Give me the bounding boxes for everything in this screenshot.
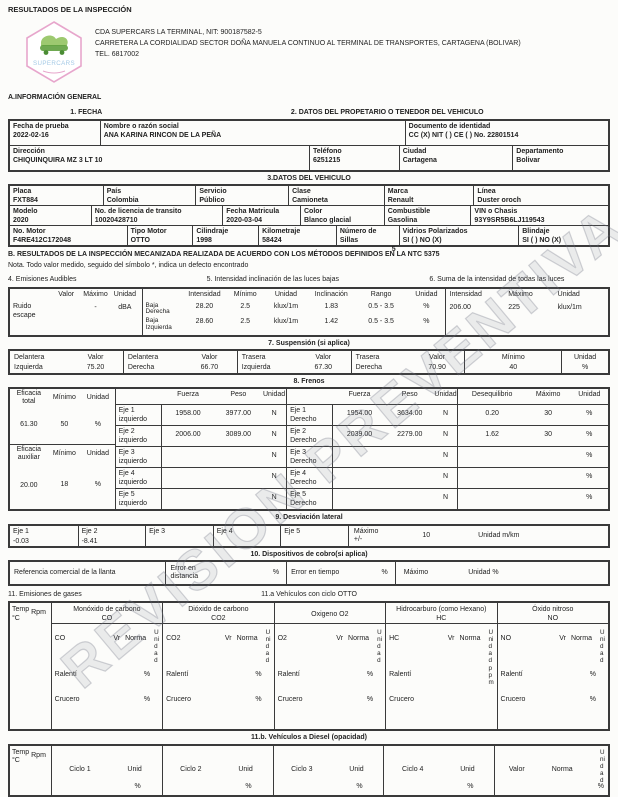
field-value: 2020 [13, 216, 88, 225]
column-header: Rango [354, 291, 408, 303]
vehicle-field: Tipo Motor OTTO [127, 226, 193, 245]
otto-emissions-table: Temp °C Rpm Monóxido de carbono CO CO Vr… [8, 601, 610, 731]
field-label: Departamento [516, 147, 605, 156]
cell-value: 1954.00 [333, 405, 386, 425]
section-10-title: 10. Dispositivos de cobro(si aplica) [8, 551, 610, 559]
field-value: CC (X) NIT ( ) CE ( ) No. 22801514 [409, 131, 605, 140]
suspension-table: Delantera Izquierda Valor 75.20 Delanter… [8, 349, 610, 375]
field-value: 10020428710 [95, 216, 220, 225]
ciclo-label: Ciclo 1 [69, 766, 90, 774]
ralenti-row: Ralentí % [498, 671, 608, 679]
temp-label: Temp °C [12, 606, 29, 729]
unit-value: % [467, 783, 473, 791]
desequilibrio-row: % [458, 446, 608, 467]
suspension-cell: Trasera Derecha Valor 70.90 [351, 351, 465, 373]
position-label: Delantera Izquierda [10, 351, 68, 373]
dispositivos-table: Referencia comercial de la llanta Error … [8, 560, 610, 586]
cell-value: % [571, 489, 608, 509]
eficacia-total-cell: Eficacia total Mínimo Unidad 61.30 50 % [10, 389, 115, 444]
unit-value: % [134, 783, 140, 791]
section-4-title: 4. Emisiones Audibles [8, 276, 207, 285]
crucero-row: Crucero % [498, 696, 608, 704]
cell-value: % [571, 405, 608, 425]
field-value: Camioneta [292, 196, 381, 205]
gas-label: NO [501, 635, 560, 643]
field-value: CHIQUINQUIRA MZ 3 LT 10 [13, 156, 306, 165]
eje-row: Eje 5 izquierdo N [116, 488, 286, 509]
vehicle-field: Color Blanco glacial [300, 206, 384, 225]
field-departamento: Departamento Bolivar [512, 146, 608, 170]
cell-value [386, 489, 434, 509]
table-row: Fecha de prueba 2022-02-16 Nombre o razó… [10, 121, 608, 145]
cell-value: N [262, 447, 286, 467]
row-label: Ralentí [389, 671, 484, 679]
field-label: Eje 4 [217, 527, 278, 537]
suspension-cell: Delantera Izquierda Valor 75.20 [10, 351, 123, 373]
gas-title: Dióxido de carbono CO2 [163, 603, 273, 624]
cell-value: N [434, 468, 458, 488]
letterhead: SUPERCARS CDA SUPERCARS LA TERMINAL, NIT… [8, 21, 610, 83]
section-b-title: B. RESULTADOS DE LA INSPECCIÓN MECANIZAD… [8, 251, 610, 259]
referencia-cell: Referencia comercial de la llanta [10, 562, 165, 584]
column-header: Inclinación [309, 291, 354, 303]
maximo-cell: Máximo +/- 10 Unidad m/km [348, 526, 608, 546]
unit-label: Unidad m/km [478, 532, 519, 540]
eje-row: Eje 2 Derecho 2039.00 2279.00 N [287, 425, 457, 446]
gas-title: Monóxido de carbono CO [52, 603, 162, 624]
valor-cell: Valor 70.90 [410, 351, 465, 373]
table-row: No. Motor F4RE412C172048 Tipo Motor OTTO… [10, 225, 608, 245]
field-ciudad: Ciudad Cartagena [399, 146, 513, 170]
column-header: Eficacia total [10, 390, 48, 405]
eje-row: Eje 5 Derecho N [287, 488, 457, 509]
cell-value: 2006.00 [162, 426, 215, 446]
field-label: Error en distancia [166, 565, 272, 581]
vehicle-field: Número de Sillas 5 [336, 226, 399, 245]
gas-label: CO [55, 635, 114, 643]
gas-title: Hidrocarburo (como Hexano) HC [386, 603, 496, 624]
vehicle-field: Blindaje SI ( ) NO (X) [518, 226, 608, 245]
ciclo-columns: Ciclo 1 Unid % Ciclo 2 Unid % Ciclo 3 Un… [51, 746, 495, 795]
luces-bajas-block: Intensidad Mínimo Unidad Inclinación Ran… [142, 289, 445, 335]
crucero-row: Crucero % [52, 696, 162, 704]
vr-header: Vr [448, 635, 455, 643]
cell-value: N [434, 447, 458, 467]
crucero-row: Crucero % [163, 696, 273, 704]
unit-label: % [255, 696, 261, 704]
desequilibrio-row: 1.62 30 % [458, 425, 608, 446]
field-value: SI ( ) NO (X) [522, 236, 605, 245]
eje-rows: Eje 1 izquierdo 1958.00 3977.00 N Eje 2 … [116, 404, 286, 509]
field-nombre: Nombre o razón social ANA KARINA RINCON … [100, 121, 405, 145]
cell-value [162, 489, 215, 509]
field-label: Dirección [13, 147, 306, 156]
section-1-2-headers: 1. FECHA 2. DATOS DEL PROPETARIO O TENED… [8, 109, 610, 117]
eje-label: Eje 1 izquierdo [116, 405, 162, 425]
cell-value: % [81, 421, 114, 429]
gas-column: Dióxido de carbono CO2 CO2 Vr Norma Rale… [162, 603, 273, 729]
unit-label: % [144, 696, 150, 704]
cell-value: 50 [48, 421, 81, 429]
field-label: Kilometraje [262, 227, 333, 236]
field-label: Eje 5 [284, 527, 345, 537]
vertical-unidad-label: Unidad [154, 629, 160, 664]
unit-label: Unidad % [468, 569, 498, 577]
company-phone: TEL. 6817002 [95, 50, 521, 61]
vehicle-field: No. de licencia de transito 10020428710 [91, 206, 223, 225]
cell-value: % [571, 426, 608, 446]
eficacia-block: Eficacia total Mínimo Unidad 61.30 50 % … [10, 389, 115, 509]
cell-value: 30 [526, 405, 571, 425]
position-label: Delantera Derecha [124, 351, 182, 373]
field-label: Línea [477, 187, 605, 196]
cell-value: N [434, 426, 458, 446]
ralenti-row: Ralentí % [275, 671, 385, 679]
field-label: Combustible [388, 207, 468, 216]
section-2-title: 2. DATOS DEL PROPETARIO O TENEDOR DEL VE… [165, 109, 610, 117]
eje-label: Eje 4 Derecho [287, 468, 333, 488]
eje-row: Eje 1 izquierdo 1958.00 3977.00 N [116, 404, 286, 425]
unit-label: % [590, 696, 596, 704]
field-label: Ciudad [403, 147, 510, 156]
field-label: Cilindraje [196, 227, 255, 236]
supercars-logo-icon: SUPERCARS [23, 21, 85, 83]
row-label: Baja Derecha [143, 303, 182, 319]
eje-label: Eje 1 Derecho [287, 405, 333, 425]
ralenti-row: Ralentí % [52, 671, 162, 679]
valor-cell: Valor 66.70 [182, 351, 237, 373]
cell-value [526, 468, 571, 488]
field-value: 2020-03-04 [226, 216, 297, 225]
ciclo-column: Ciclo 1 Unid % [51, 746, 162, 795]
vehicle-field: Cilindraje 1998 [192, 226, 258, 245]
gas-column: Hidrocarburo (como Hexano) HC HC Vr Norm… [385, 603, 496, 729]
gas-label: CO2 [166, 635, 225, 643]
vr-header: Vr [113, 635, 120, 643]
cell-value: 61.30 [10, 421, 48, 429]
row-label: Crucero [501, 696, 590, 704]
cell-value: 20.00 [10, 482, 48, 490]
vehicle-field: Línea Duster oroch [473, 186, 608, 205]
eje-label: Eje 3 izquierdo [116, 447, 162, 467]
column-header: Mínimo [48, 450, 81, 458]
field-direccion: Dirección CHIQUINQUIRA MZ 3 LT 10 [10, 146, 309, 170]
vehicle-field: Placa FXT884 [10, 186, 103, 205]
vehicle-field: No. Motor F4RE412C172048 [10, 226, 127, 245]
eje-cell: Eje 4 [213, 526, 281, 546]
column-header: Unidad [571, 391, 608, 404]
eje-cell: Eje 5 [280, 526, 348, 546]
ralenti-row: Ralentí [386, 671, 496, 679]
unit-label: % [367, 671, 373, 679]
field-value: Renault [388, 196, 471, 205]
column-header: Unidad [81, 394, 114, 402]
field-value: 2022-02-16 [13, 131, 97, 140]
cell-value: 2039.00 [333, 426, 386, 446]
vehicle-field: Servicio Público [195, 186, 288, 205]
field-value: Colombia [107, 196, 193, 205]
column-header: Valor [52, 291, 81, 304]
vehicle-field: Fecha Matricula 2020-03-04 [222, 206, 300, 225]
field-label: Eje 1 [13, 527, 75, 537]
maximo-cell: Máximo Unidad % [395, 562, 608, 584]
gas-subheader: CO Vr Norma [52, 635, 162, 643]
row-label: Ralentí [278, 671, 367, 679]
cell-value: 3977.00 [214, 405, 262, 425]
unit-value: % [245, 783, 251, 791]
eje-label: Eje 4 izquierdo [116, 468, 162, 488]
field-value: SI ( ) NO (X) [403, 236, 516, 245]
cell-value: N [434, 405, 458, 425]
vehicle-field: Kilometraje 58424 [258, 226, 336, 245]
norma-header: Norma [125, 635, 146, 643]
gas-label: HC [389, 635, 448, 643]
cell-value: - [81, 304, 110, 327]
vertical-unidad-label: Unidad [377, 629, 383, 664]
section-11-headers: 11. Emisiones de gases 11.a Vehículos co… [8, 591, 610, 600]
field-label: Clase [292, 187, 381, 196]
field-value: Duster oroch [477, 196, 605, 205]
section-9-title: 9. Desviación lateral [8, 514, 610, 522]
cell-value: N [434, 489, 458, 509]
field-value: Cartagena [403, 156, 510, 165]
gas-subheader: CO2 Vr Norma [163, 635, 273, 643]
eje-row: Eje 2 izquierdo 2006.00 3089.00 N [116, 425, 286, 446]
unit-label: % [367, 696, 373, 704]
suspension-cell: Delantera Derecha Valor 66.70 [123, 351, 237, 373]
cell-value: % [408, 303, 444, 319]
field-label: Eje 3 [149, 527, 210, 537]
suma-intensidad-block: Intensidad Máximo Unidad 206.00 225 klux… [445, 289, 608, 335]
section-8-title: 8. Frenos [8, 378, 610, 386]
cell-value: 0.5 - 3.5 [354, 303, 408, 319]
column-header: Unidad [408, 291, 444, 303]
field-label: Teléfono [313, 147, 396, 156]
column-header: Peso [214, 391, 262, 404]
gas-column: Monóxido de carbono CO CO Vr Norma Ralen… [51, 603, 162, 729]
column-header: Intensidad [450, 291, 509, 304]
column-header: Mínimo [227, 291, 263, 303]
vehicle-field: Marca Renault [384, 186, 474, 205]
field-label: VIN o Chasis [474, 207, 605, 216]
report-content: RESULTADOS DE LA INSPECCIÓN SUPERCARS CD… [0, 0, 618, 797]
norma-header: Norma [571, 635, 592, 643]
field-value: -8.41 [82, 537, 143, 547]
gas-column: Óxido nitroso NO NO Vr Norma Ralentí % [497, 603, 608, 729]
eje-cell: Eje 3 [145, 526, 213, 546]
cell-value [458, 468, 525, 488]
cell-value: % [408, 318, 444, 334]
cell-value: klux/1m [263, 318, 308, 334]
vehicle-field: País Colombia [103, 186, 196, 205]
field-label: Color [304, 207, 381, 216]
column-header: Mínimo [48, 394, 81, 402]
row-label: Ralentí [55, 671, 144, 679]
field-label: País [107, 187, 193, 196]
vr-header: Vr [559, 635, 566, 643]
column-header: Fuerza [333, 391, 386, 404]
error-distancia-cell: Error en distancia % [165, 562, 286, 584]
field-label: Número de Sillas [340, 227, 396, 245]
cell-value: % [571, 468, 608, 488]
field-label: No. de licencia de transito [95, 207, 220, 216]
valor-norma-column: Valor Norma Unidad % [494, 746, 608, 795]
eje-row: Eje 4 Derecho N [287, 467, 457, 488]
ciclo-label: Ciclo 3 [291, 766, 312, 774]
field-label: Documento de identidad [409, 122, 605, 131]
cell-value [162, 447, 215, 467]
company-block: CDA SUPERCARS LA TERMINAL, NIT: 90018758… [95, 28, 521, 83]
cell-value: N [262, 405, 286, 425]
gas-title: Oxigeno O2 [275, 603, 385, 624]
inspection-report-page: REVISION PREVENTIVA RESULTADOS DE LA INS… [0, 0, 618, 797]
field-fecha-de-prueba: Fecha de prueba 2022-02-16 [10, 121, 100, 145]
row-label: Ralentí [501, 671, 590, 679]
cell-value: % [81, 481, 114, 489]
field-label: Tipo Motor [131, 227, 190, 236]
field-label: Fecha de prueba [13, 122, 97, 131]
valor-cell: Valor 67.30 [296, 351, 351, 373]
column-header: Desequilibrio [458, 391, 525, 404]
valor-header: Valor [509, 766, 525, 774]
section-11a-title: 11.a Vehículos con ciclo OTTO [261, 591, 357, 598]
eje-row: Eje 3 Derecho N [287, 446, 457, 467]
error-tiempo-cell: Error en tiempo % [286, 562, 395, 584]
field-label: Máximo [404, 569, 429, 577]
row-label: Ralentí [166, 671, 255, 679]
cell-value [333, 447, 386, 467]
field-label: Placa [13, 187, 100, 196]
section-11-title: 11. Emisiones de gases [8, 591, 82, 599]
eje-cell: Eje 1 -0.03 [10, 526, 78, 546]
vr-header: Vr [336, 635, 343, 643]
cell-value [386, 447, 434, 467]
field-value: FXT884 [13, 196, 100, 205]
ralenti-row: Ralentí % [163, 671, 273, 679]
ciclo-column: Ciclo 4 Unid % [383, 746, 494, 795]
audibles-grid: Valor Máximo Unidad - dBA [50, 289, 142, 335]
cell-value: % [571, 447, 608, 467]
company-name: CDA SUPERCARS LA TERMINAL, NIT: 90018758… [95, 28, 521, 39]
ejes-derechos-block: Fuerza Peso Unidad Eje 1 Derecho 1954.00… [286, 389, 457, 509]
cell-value: 1.42 [309, 318, 354, 334]
gas-column: Oxigeno O2 O2 Vr Norma Ralentí % [274, 603, 385, 729]
field-value: Bolivar [516, 156, 605, 165]
vertical-unidad-label: Unidad [266, 629, 272, 664]
unit-value: % [356, 783, 362, 791]
unidad-cell: Unidad % [561, 351, 608, 373]
sections-4-5-6-headers: 4. Emisiones Audibles 5. Intensidad incl… [8, 276, 610, 285]
cell-value: 0.20 [458, 405, 525, 425]
eje-label: Eje 2 izquierdo [116, 426, 162, 446]
vertical-unidad-label: Unidad [600, 749, 606, 784]
cell-value: 28.60 [182, 318, 227, 334]
cell-value: 3089.00 [214, 426, 262, 446]
cell-value: klux/1m [263, 303, 308, 319]
cell-value [458, 489, 525, 509]
norma-header: Norma [460, 635, 481, 643]
row-label: Crucero [166, 696, 255, 704]
emisiones-audibles-block: Ruido escape Valor Máximo Unidad - dBA [10, 289, 142, 335]
cell-value: 30 [526, 426, 571, 446]
cell-value [214, 447, 262, 467]
field-value: Blanco glacial [304, 216, 381, 225]
cell-value: 2.5 [227, 303, 263, 319]
vehicle-field: Modelo 2020 [10, 206, 91, 225]
note-line: Nota. Todo valor medido, seguido del sím… [8, 262, 610, 270]
field-documento: Documento de identidad CC (X) NIT ( ) CE… [405, 121, 608, 145]
rpm-label: Rpm [31, 752, 46, 795]
ruido-escape-label: Ruido escape [10, 289, 50, 335]
gas-columns: Monóxido de carbono CO CO Vr Norma Ralen… [51, 603, 608, 729]
gas-subheader: O2 Vr Norma [275, 635, 385, 643]
crucero-row: Crucero % [275, 696, 385, 704]
field-value: 1998 [196, 236, 255, 245]
field-value: ANA KARINA RINCON DE LA PEÑA [104, 131, 402, 140]
row-label: Crucero [389, 696, 484, 704]
gas-subheader: NO Vr Norma [498, 635, 608, 643]
cell-value [214, 468, 262, 488]
valor-cell: Valor 75.20 [68, 351, 123, 373]
diesel-opacity-table: Temp °C Rpm Ciclo 1 Unid % Ciclo 2 Unid … [8, 744, 610, 797]
unit-label: % [590, 671, 596, 679]
suspension-cells: Delantera Izquierda Valor 75.20 Delanter… [10, 351, 464, 373]
field-label: Marca [388, 187, 471, 196]
row-label: Crucero [55, 696, 144, 704]
vertical-unidad-label: Unidad [600, 629, 606, 664]
cell-value: 3634.00 [386, 405, 434, 425]
section-a-title: A.INFORMACIÓN GENERAL [8, 94, 610, 102]
eje-rows: Eje 1 Derecho 1954.00 3634.00 N Eje 2 De… [287, 404, 457, 509]
suspension-cell: Trasera Izquierda Valor 67.30 [237, 351, 351, 373]
vr-header: Vr [225, 635, 232, 643]
eje-cell: Eje 2 -8.41 [78, 526, 146, 546]
desequilibrio-rows: 0.20 30 % 1.62 30 % [458, 404, 608, 509]
audibles-luces-suma-table: Ruido escape Valor Máximo Unidad - dBA I… [8, 287, 610, 337]
cell-value [333, 489, 386, 509]
frenos-table: Eficacia total Mínimo Unidad 61.30 50 % … [8, 387, 610, 511]
rpm-label: Rpm [31, 609, 46, 729]
unid-header: Unid [460, 766, 474, 774]
cell-value [526, 447, 571, 467]
eje-row: Eje 4 izquierdo N [116, 467, 286, 488]
field-label: Nombre o razón social [104, 122, 402, 131]
section-3-title: 3.DATOS DEL VEHICULO [8, 175, 610, 183]
column-header: Intensidad [182, 291, 227, 303]
vehicle-field: VIN o Chasis 93Y9SR5B6LJ119543 [470, 206, 608, 225]
field-label: No. Motor [13, 227, 124, 236]
unit-label: % [273, 569, 279, 577]
field-value: Gasolina [388, 216, 468, 225]
cell-value: 2.5 [227, 318, 263, 334]
desviacion-table: Eje 1 -0.03 Eje 2 -8.41 Eje 3 Eje [8, 524, 610, 548]
company-address: CARRETERA LA CORDIALIDAD SECTOR DOÑA MAN… [95, 39, 521, 50]
vehicle-data-table: Placa FXT884 País Colombia Servicio Públ… [8, 184, 610, 247]
cell-value: 1.83 [309, 303, 354, 319]
unid-header: Unid [127, 766, 141, 774]
cell-value [52, 304, 81, 327]
column-header: Unidad [262, 391, 286, 404]
temp-label: Temp °C [12, 749, 29, 795]
section-1-title: 1. FECHA [8, 109, 165, 117]
eje-row: Eje 1 Derecho 1954.00 3634.00 N [287, 404, 457, 425]
cell-value: 1958.00 [162, 405, 215, 425]
field-value: -0.03 [13, 537, 75, 547]
eje-label: Eje 5 izquierdo [116, 489, 162, 509]
cell-value [386, 468, 434, 488]
section-5-title: 5. Intensidad inclinación de las luces b… [207, 276, 430, 285]
cell-value: klux/1m [558, 304, 604, 333]
